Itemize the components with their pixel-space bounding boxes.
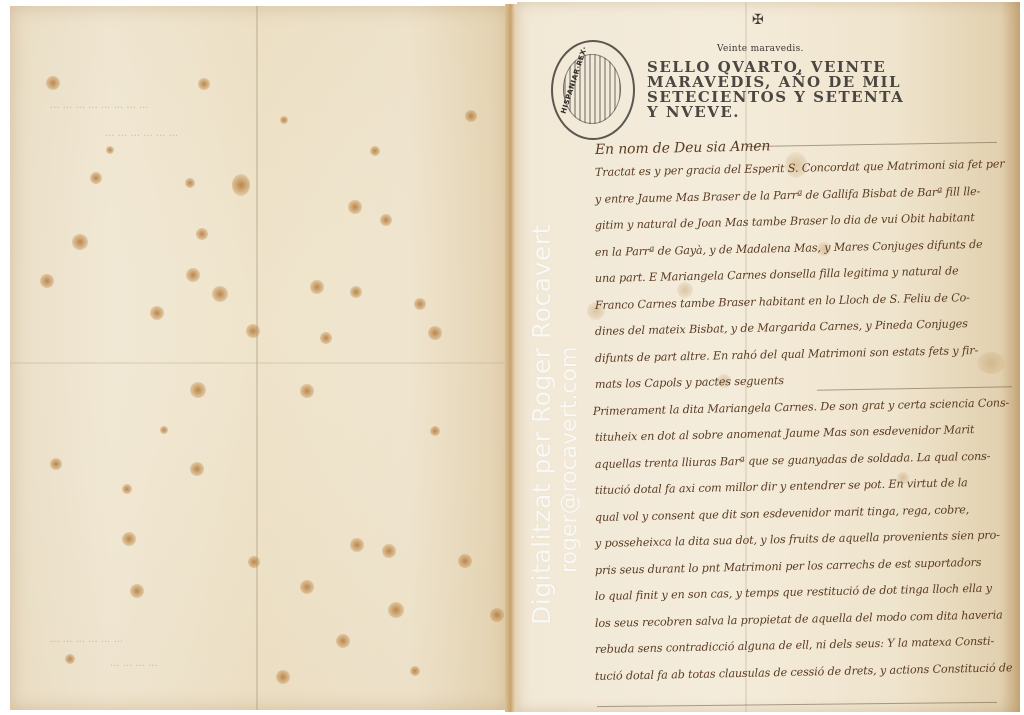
bleed-through-text-top-1: ... ... ... ... ... ... ... ... bbox=[50, 100, 149, 111]
right-page-recto: ✠ Veinte maravedis. HISPANIAR·REX· SELLO… bbox=[517, 2, 1020, 712]
bleed-through-text-bottom-1: ... ... ... ... ... ... bbox=[50, 634, 123, 645]
bottom-rule bbox=[597, 702, 997, 707]
bleed-through-text-bottom-2: ... ... ... ... bbox=[110, 658, 158, 669]
bleed-through-text-top-2: ... ... ... ... ... ... bbox=[105, 128, 178, 139]
digitization-watermark: Digitalitzat per Roger Rocavert roger@ro… bbox=[527, 224, 583, 625]
stamp-value-text: Veinte maravedis. bbox=[717, 44, 804, 54]
stamp-line: Y NVEVE. bbox=[647, 105, 987, 120]
watermark-email: roger@rocavert.com bbox=[557, 224, 583, 625]
left-page-verso: ... ... ... ... ... ... ... ... ... ... … bbox=[10, 6, 510, 710]
handwritten-text: En nom de Deu sia Amen Tractat es y per … bbox=[595, 140, 1015, 690]
cross-mark: ✠ bbox=[752, 12, 764, 28]
watermark-credit: Digitalitzat per Roger Rocavert bbox=[527, 224, 557, 625]
horizontal-crease bbox=[10, 362, 510, 364]
stamped-paper-header: SELLO QVARTO, VEINTE MARAVEDIS, AÑO DE M… bbox=[647, 60, 987, 120]
royal-seal-stamp: HISPANIAR·REX· bbox=[551, 40, 635, 140]
document-spread: ... ... ... ... ... ... ... ... ... ... … bbox=[0, 0, 1024, 715]
vertical-fold bbox=[256, 6, 258, 710]
